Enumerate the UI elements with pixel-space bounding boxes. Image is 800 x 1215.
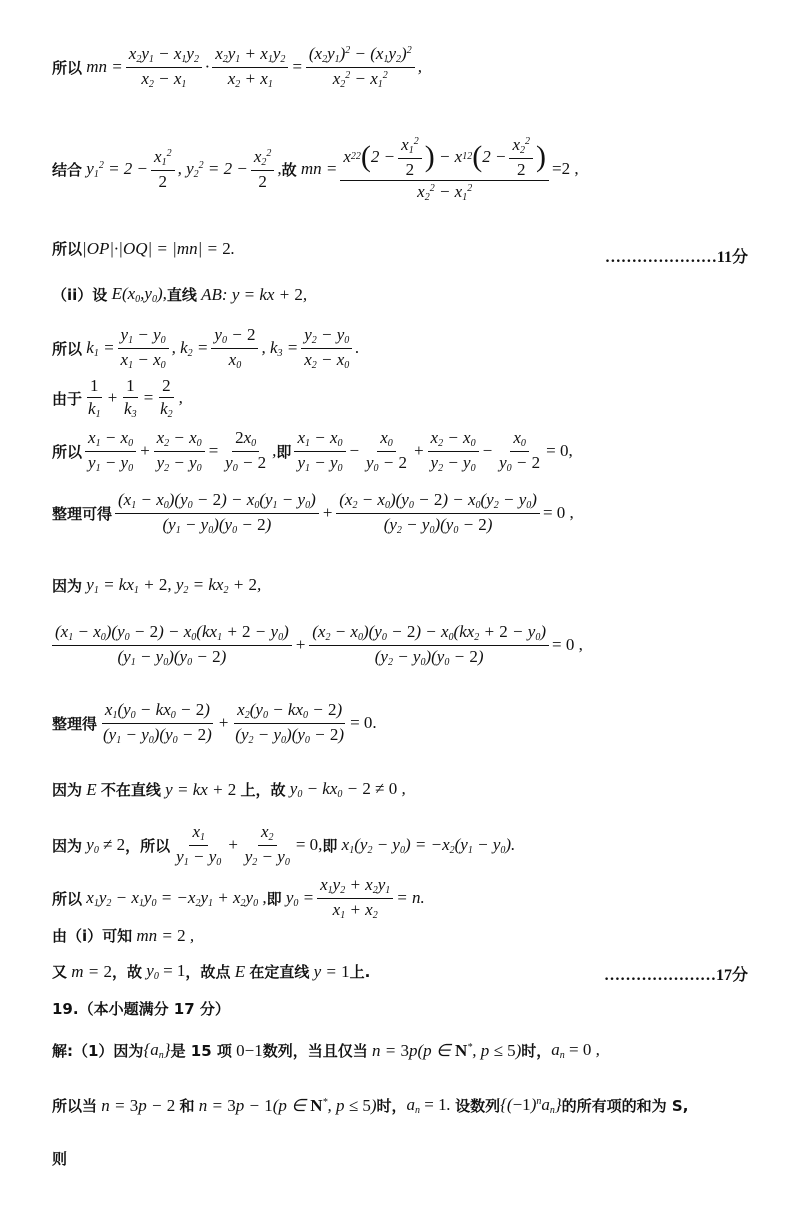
line-conclusion: 又 m = 2 ，故 y0 = 1 ，故 故点 点 E 在定直线 y = 1 上… bbox=[52, 961, 370, 982]
fraction: (x2y1)2 − (x1y2)2x22 − x12 bbox=[306, 44, 415, 90]
question-19-heading: 19.（本小题满分 17 分） bbox=[52, 998, 230, 1019]
line-mn-product: 所以 mn = x2y1 − x1y2x2 − x1 · x2y1 + x1y2… bbox=[52, 44, 422, 90]
line-jiehe: 结合 y12 = 2 − x122 , y22 = 2 − x222 , 故 m… bbox=[52, 135, 579, 204]
line-zhengli-de: 整理得 x1(y0 − kx0 − 2)(y1 − y0)(y0 − 2) + … bbox=[52, 700, 377, 746]
line-ii: （ii） 设 E(x0,y0), 直线 AB: y = kx + 2, bbox=[52, 284, 307, 305]
line-solution-1: 解:（1）因为 {an} 是 15 项 0−1 数列，当且仅当 n = 3p(p… bbox=[52, 1040, 600, 1061]
line-youyu: 由于 1k1 + 1k3 = 2k2 , bbox=[52, 376, 183, 420]
line-yinwei-y: 因为 y1 = kx1 + 2, y2 = kx2 + 2, bbox=[52, 575, 261, 596]
score-17: …………………17分 bbox=[604, 962, 748, 985]
line-y0-eq-n: 所以 x1y2 − x1y0 = −x2y1 + x2y0 , 即 y0 = x… bbox=[52, 875, 425, 921]
line-from-i: 由（i）可知 mn = 2 , bbox=[52, 925, 194, 946]
line-solution-2: 所以当 n = 3p − 2 和 n = 3p − 1(p ∈ N*, p ≤ … bbox=[52, 1095, 688, 1116]
fraction: x2y1 + x1y2x2 + x1 bbox=[212, 44, 288, 90]
text-jiehe: 结合 bbox=[52, 159, 82, 180]
line-e-not-on-line: 因为 E 不在直线 y = kx + 2 上，故 y0 − kx0 − 2 ≠ … bbox=[52, 779, 406, 800]
fraction: x222 bbox=[251, 147, 275, 191]
fraction: x2y1 − x1y2x2 − x1 bbox=[126, 44, 202, 90]
fraction: x122 bbox=[151, 147, 175, 191]
line-ze: 则 bbox=[52, 1148, 67, 1169]
line-op-oq: 所以 |OP|·|OQ| = |mn| = 2. bbox=[52, 238, 235, 259]
line-sum: 所以 x1 − x0y1 − y0 + x2 − x0y2 − y0 = 2x0… bbox=[52, 428, 573, 474]
line-slopes: 所以 k1 = y1 − y0x1 − x0 , k2 = y0 − 2x0 ,… bbox=[52, 325, 360, 371]
line-zhengli-kede: 整理可得 (x1 − x0)(y0 − 2) − x0(y1 − y0)(y1 … bbox=[52, 490, 574, 536]
math-expr: mn = bbox=[82, 57, 123, 77]
line-substituted: (x1 − x0)(y0 − 2) − x0(kx1 + 2 − y0)(y1 … bbox=[52, 622, 583, 668]
score-11: …………………11分 bbox=[605, 244, 748, 267]
text-suoyi: 所以 bbox=[52, 57, 82, 78]
fraction: x22(2 −x122) − x12(2 −x222) x22 − x12 bbox=[340, 135, 549, 204]
line-y0-ne-2: 因为 y0 ≠ 2 ，所以 x1y1 − y0 + x2y2 − y0 = 0,… bbox=[52, 822, 515, 868]
